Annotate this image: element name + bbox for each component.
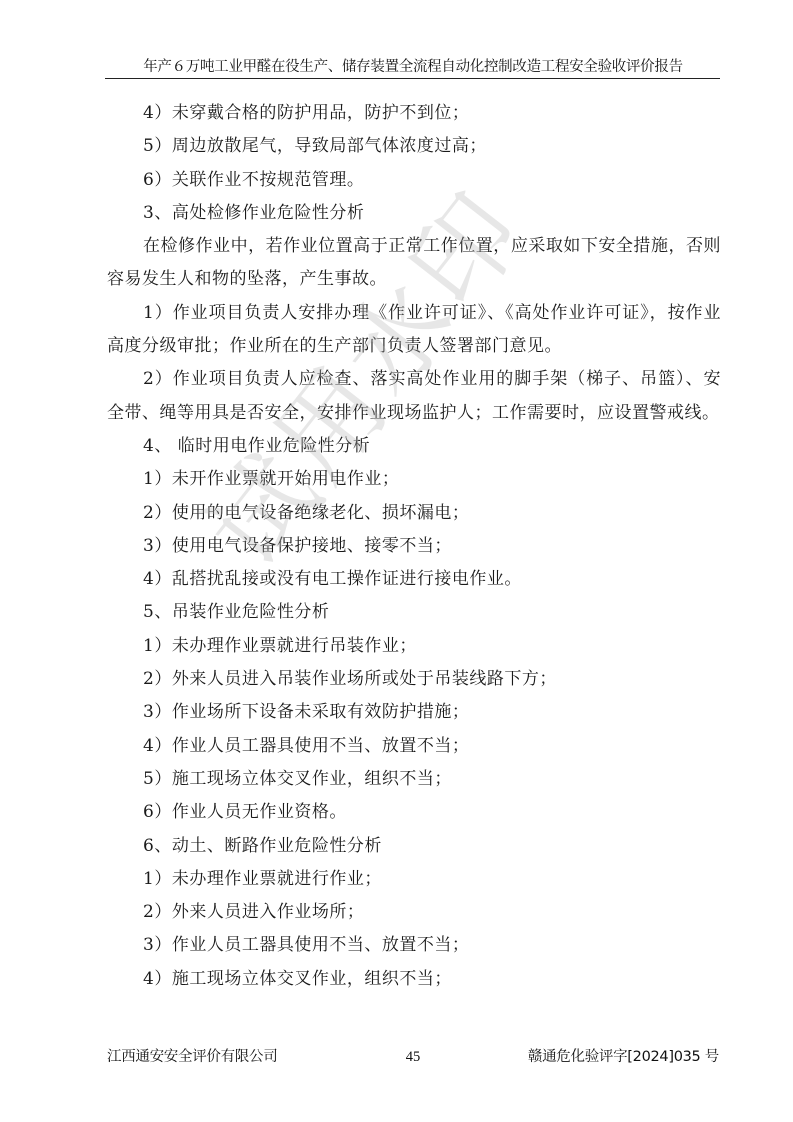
- body-line: 2）使用的电气设备绝缘老化、损坏漏电；: [107, 497, 721, 530]
- document-body: 4）未穿戴合格的防护用品，防护不到位； 5）周边放散尾气，导致局部气体浓度过高；…: [107, 97, 721, 996]
- body-line: 2）外来人员进入吊装作业场所或处于吊装线路下方；: [107, 663, 721, 696]
- body-paragraph: 1）作业项目负责人安排办理《作业许可证》、《高处作业许可证》，按作业高度分级审批…: [107, 297, 721, 364]
- section-heading: 3、高处检修作业危险性分析: [107, 197, 721, 230]
- body-line: 5）周边放散尾气，导致局部气体浓度过高；: [107, 130, 721, 163]
- body-line: 3）作业场所下设备未采取有效防护措施；: [107, 696, 721, 729]
- body-line: 1）未办理作业票就进行吊装作业；: [107, 630, 721, 663]
- body-line: 1）未开作业票就开始用电作业；: [107, 463, 721, 496]
- body-line: 4）乱搭扰乱接或没有电工操作证进行接电作业。: [107, 563, 721, 596]
- section-heading: 5、吊装作业危险性分析: [107, 596, 721, 629]
- page-footer: 江西通安安全评价有限公司 45 赣通危化验评字[2024]035 号: [107, 1045, 719, 1069]
- body-line: 4）施工现场立体交叉作业，组织不当；: [107, 963, 721, 996]
- page-header: 年产６万吨工业甲醛在役生产、储存装置全流程自动化控制改造工程安全验收评价报告: [107, 56, 719, 78]
- body-line: 3）使用电气设备保护接地、接零不当；: [107, 530, 721, 563]
- body-line: 6）关联作业不按规范管理。: [107, 164, 721, 197]
- header-rule: [105, 78, 720, 79]
- body-line: 5）施工现场立体交叉作业，组织不当；: [107, 763, 721, 796]
- body-line: 6）作业人员无作业资格。: [107, 796, 721, 829]
- body-line: 2）外来人员进入作业场所；: [107, 896, 721, 929]
- body-paragraph: 2）作业项目负责人应检查、落实高处作业用的脚手架（梯子、吊篮）、安全带、绳等用具…: [107, 363, 721, 430]
- body-line: 4）未穿戴合格的防护用品，防护不到位；: [107, 97, 721, 130]
- section-heading: 4、 临时用电作业危险性分析: [107, 430, 721, 463]
- body-paragraph: 在检修作业中，若作业位置高于正常工作位置，应采取如下安全措施，否则容易发生人和物…: [107, 230, 721, 297]
- body-line: 1）未办理作业票就进行作业；: [107, 863, 721, 896]
- body-line: 3）作业人员工器具使用不当、放置不当；: [107, 929, 721, 962]
- footer-doc-number: 赣通危化验评字[2024]035 号: [528, 1045, 719, 1069]
- section-heading: 6、动土、断路作业危险性分析: [107, 830, 721, 863]
- body-line: 4）作业人员工器具使用不当、放置不当；: [107, 730, 721, 763]
